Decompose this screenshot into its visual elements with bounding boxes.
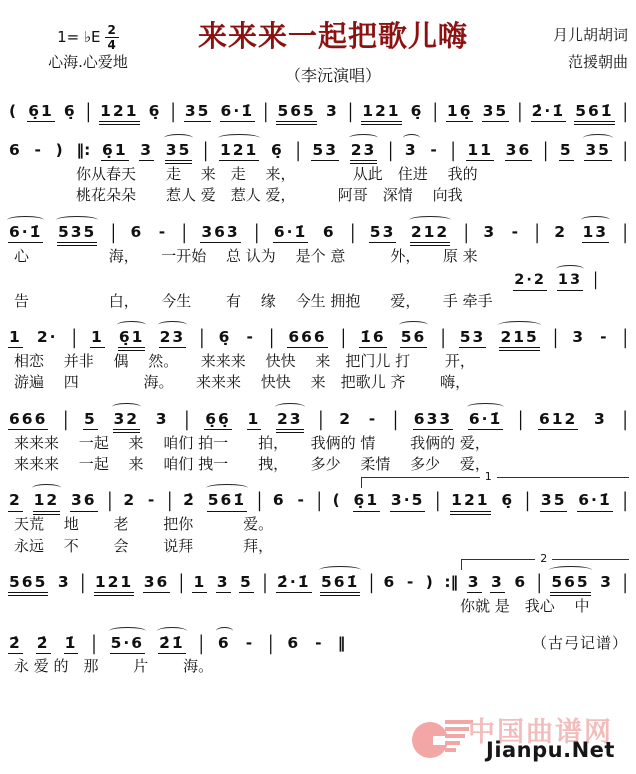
note-token: 13: [557, 271, 583, 291]
barline: |: [593, 270, 598, 290]
note-token: 6·1̇: [273, 222, 308, 243]
barline: |: [535, 220, 540, 243]
barline: |: [623, 408, 628, 431]
note-token: 23: [350, 140, 378, 164]
barline: |: [553, 326, 558, 349]
note-token: 5: [83, 409, 98, 430]
note-token: -: [245, 327, 255, 347]
note-token: 6̣: [63, 101, 78, 121]
logo-stripe: [445, 727, 469, 731]
note-token: -: [599, 327, 609, 347]
note-token: -: [245, 633, 255, 653]
barline: |: [348, 100, 353, 123]
score-system: (6̣16̣|1216̣|356·1̇|5653|1216̣|16̣35|2̇·…: [8, 101, 628, 125]
notation-line: 12·|16̣123|6̣-|666|1̇656|53215|3-|: [8, 327, 628, 351]
note-token: 6̣1: [27, 101, 55, 122]
note-token: (: [8, 101, 19, 121]
note-token: 3: [139, 140, 154, 161]
volta-label: 2: [535, 552, 552, 565]
note-token: 53: [459, 327, 487, 348]
note-token: 6: [217, 633, 232, 653]
note-token: 215: [499, 327, 539, 351]
barline: |: [171, 100, 176, 123]
barline: |: [257, 489, 262, 512]
note-token: 36: [505, 140, 533, 161]
key-time-block: 1= ♭E24 心海.心爱地: [8, 8, 168, 86]
note-token: 1: [247, 409, 262, 430]
barline: |: [369, 571, 374, 594]
note-token: -: [429, 140, 439, 160]
note-token: 6: [383, 572, 398, 592]
note-token: 121: [219, 140, 259, 161]
note-token: 3: [216, 572, 231, 593]
jianpu-logo-icon: [412, 718, 472, 770]
barline: |: [435, 489, 440, 512]
notation-line: 2̇2̇1̇|5·62̇1̇|6-|6-‖（古弓记谱）: [8, 632, 628, 656]
note-token: 3: [57, 572, 72, 592]
barline: |: [263, 100, 268, 123]
logo-stripe: [445, 748, 456, 752]
note-token: 6̣1: [101, 140, 129, 161]
barline: |: [179, 571, 184, 594]
time-signature: 24: [105, 24, 119, 51]
note-token: 2: [8, 490, 23, 511]
note-token: 2·: [36, 327, 59, 347]
composer-credit: 范援朝曲: [498, 49, 628, 76]
volta-label: 1: [480, 470, 497, 483]
note-token: 5: [559, 140, 574, 161]
note-token: 565: [276, 101, 316, 125]
note-token: 11: [466, 140, 494, 161]
note-token: 2: [122, 490, 137, 510]
watermark-site-url: Jianpu.Net: [486, 738, 615, 762]
note-token: 56: [400, 327, 428, 348]
barline: |: [518, 408, 523, 431]
note-token: 121: [361, 101, 401, 125]
notation-line: 21236|2-|2̇561̇|6-|(6̣13·5|1216̣|356·1̇|…: [8, 490, 628, 514]
score-system: 6·1̇535|6-|363|6·1̇6|53212|3-|213|心 海， 一…: [8, 222, 628, 313]
note-token: 3: [599, 572, 614, 592]
barline: |: [199, 326, 204, 349]
score: (6̣16̣|1216̣|356·1̇|5653|1216̣|16̣35|2̇·…: [8, 101, 628, 678]
barline: |: [450, 139, 455, 162]
note-token: 121: [450, 490, 490, 514]
note-token: 36: [143, 572, 171, 593]
logo-stripe: [445, 741, 460, 745]
note-token: 36: [70, 490, 98, 511]
note-token: 3: [155, 409, 170, 429]
note-token: 1̇6: [359, 327, 387, 348]
logo-stripe: [445, 734, 465, 738]
note-token: 2̇1̇: [158, 633, 186, 654]
note-token: 633: [413, 409, 453, 430]
note-token: 561̇: [320, 572, 360, 596]
note-token: 565: [8, 572, 48, 596]
barline: |: [623, 139, 628, 162]
note-token: 121: [94, 572, 134, 596]
barline: |: [107, 489, 112, 512]
song-title: 来来来一起把歌儿嗨: [168, 14, 498, 55]
note-token: 1: [8, 327, 23, 348]
lyrics-line: 游遍 四 海。 来来来 快快 来 把歌儿 齐 嗨，: [8, 372, 628, 393]
note-token: 6̣: [270, 140, 285, 160]
note-token: 3: [593, 409, 608, 429]
barline: |: [317, 489, 322, 512]
note-token: 35: [184, 101, 212, 122]
title-block: 来来来一起把歌儿嗨 （李沅演唱）: [168, 8, 498, 86]
note-token: 363: [200, 222, 240, 243]
repeat-sign: :‖: [444, 573, 458, 591]
note-token: 6̣: [500, 490, 515, 510]
note-token: 3: [571, 327, 586, 347]
barline: |: [388, 139, 393, 162]
volta-bracket: 2: [461, 559, 629, 570]
note-token: 2·2: [513, 271, 547, 291]
note-token: 2̇·1̇: [531, 101, 566, 122]
note-token: 6̣: [218, 327, 233, 347]
note-token: 612: [538, 409, 578, 430]
note-token: 2̇: [8, 633, 23, 654]
note-token: -: [406, 572, 416, 592]
barline: |: [537, 571, 542, 594]
note-token: 3: [404, 140, 419, 160]
lyrics-line: 永 爱 的 那 片 海。: [8, 656, 628, 677]
barline: |: [341, 326, 346, 349]
note-token: 5: [239, 572, 254, 593]
note-token: 1: [90, 327, 105, 348]
lyrics-line: 来来来 一起 来 咱们 拽一 拽， 多少 柔情 多少 爱，: [8, 454, 628, 475]
score-system: 21236|2-|2̇561̇|6-|(6̣13·5|1216̣|356·1̇|…: [8, 490, 628, 557]
note-token: 2̇: [182, 490, 197, 510]
note-token: 23: [159, 327, 187, 348]
notation-line: 2·213|: [8, 271, 628, 291]
barline: |: [182, 220, 187, 243]
lyrics-line: 你就 是 我心 中: [8, 596, 628, 617]
note-token: 6: [513, 572, 528, 592]
note-token: 53: [311, 140, 339, 161]
notation-method-credit: （古弓记谱）: [532, 632, 628, 653]
note-token: 35: [584, 140, 612, 161]
barline: |: [464, 220, 469, 243]
note-token: 3: [325, 101, 340, 121]
barline: |: [269, 326, 274, 349]
note-token: 6̣: [410, 101, 425, 121]
note-token: -: [147, 490, 157, 510]
note-token: 1: [192, 572, 207, 593]
score-system: 12·|16̣123|6̣-|666|1̇656|53215|3-|相恋 并非 …: [8, 327, 628, 394]
barline: |: [393, 408, 398, 431]
notation-line: 666|5323|6̣6̣123|2-|6336·1̇|6123|: [8, 409, 628, 433]
note-token: 6̣1: [353, 490, 381, 511]
note-token: 6: [129, 222, 144, 242]
time-signature-numerator: 2: [105, 24, 119, 38]
note-token: 2: [553, 222, 568, 242]
note-token: 23: [276, 409, 304, 433]
note-token: 6·1̇: [220, 101, 255, 122]
note-token: 6̣: [148, 101, 163, 121]
barline: |: [268, 632, 273, 655]
score-system: 666|5323|6̣6̣123|2-|6336·1̇|6123|来来来 一起 …: [8, 409, 628, 476]
note-token: 6̣6̣: [204, 409, 232, 430]
note-token: 13: [582, 222, 610, 243]
barline: |: [184, 408, 189, 431]
note-token: ): [55, 140, 66, 160]
barline: |: [440, 326, 445, 349]
note-token: 53: [369, 222, 397, 243]
lyrics-line: 天荒 地 老 把你 爱。: [8, 514, 628, 535]
note-token: -: [33, 140, 43, 160]
note-token: -: [314, 633, 324, 653]
note-token: 2: [338, 409, 353, 429]
note-token: 121: [99, 101, 139, 125]
barline: |: [91, 632, 96, 655]
note-token: 666: [287, 327, 327, 348]
barline: |: [623, 489, 628, 512]
note-token: 16̣: [446, 101, 474, 122]
key-signature: 1= ♭E: [57, 28, 100, 46]
note-token: 535: [57, 222, 97, 246]
watermark: 中国曲谱网 Jianpu.Net: [412, 716, 632, 772]
barline: |: [262, 571, 267, 594]
barline: |: [543, 139, 548, 162]
note-token: 3: [482, 222, 497, 242]
notation-line: 5653|12136|135|2̇·1̇561̇|6-):‖336|5653|2: [8, 572, 628, 596]
barline: |: [350, 220, 355, 243]
sheet-music-page: 1= ♭E24 心海.心爱地 来来来一起把歌儿嗨 （李沅演唱） 月儿胡胡词 范援…: [0, 0, 636, 774]
note-token: 3: [467, 572, 482, 593]
note-token: 5·6: [110, 633, 145, 654]
note-token: 2̇: [36, 633, 51, 654]
note-token: 12: [33, 490, 61, 514]
barline: |: [254, 220, 259, 243]
repeat-sign: ‖: [338, 634, 346, 652]
score-system: 6-)‖:6̣1335|1216̣|5323|3-|1136|535|你从春天 …: [8, 140, 628, 207]
lyrics-line: 相恋 并非 偶 然。 来来来 快快 来 把门儿 打 开，: [8, 351, 628, 372]
barline: |: [517, 100, 522, 123]
note-token: 565: [550, 572, 590, 596]
note-token: 32: [113, 409, 141, 433]
barline: |: [199, 632, 204, 655]
barline: |: [525, 489, 530, 512]
barline: |: [167, 489, 172, 512]
note-token: 1̇: [64, 633, 79, 654]
note-token: -: [158, 222, 168, 242]
note-token: 2̇·1̇: [276, 572, 311, 593]
barline: |: [296, 139, 301, 162]
barline: |: [111, 220, 116, 243]
note-token: 6: [8, 140, 23, 160]
barline: |: [622, 571, 627, 594]
lyrics-line: 告 白， 今生 有 缘 今生 拥抱 爱， 手 牵手: [8, 291, 628, 312]
barline: |: [623, 220, 628, 243]
note-token: 35: [482, 101, 510, 122]
note-token: 6̣1: [118, 327, 146, 351]
performer-credit: （李沅演唱）: [168, 63, 498, 86]
credits-block: 月儿胡胡词 范援朝曲: [498, 8, 628, 86]
note-token: 6: [286, 633, 301, 653]
note-token: 3·5: [390, 490, 425, 511]
note-token: ): [425, 572, 436, 592]
note-token: 561̇: [574, 101, 614, 125]
repeat-sign: ‖:: [76, 141, 90, 159]
note-token: 3: [490, 572, 505, 593]
note-token: 35: [165, 140, 193, 164]
lyrics-line: 来来来 一起 来 咱们 拍一 拍， 我俩的 情 我俩的 爱，: [8, 433, 628, 454]
logo-disc: [412, 722, 448, 758]
barline: |: [72, 326, 77, 349]
score-system: 2̇2̇1̇|5·62̇1̇|6-|6-‖（古弓记谱）永 爱 的 那 片 海。: [8, 632, 628, 677]
lyricist-credit: 月儿胡胡词: [498, 22, 628, 49]
barline: |: [80, 571, 85, 594]
lyrics-line: 心 海， 一开始 总 认为 是个 意 外， 原 来: [8, 246, 628, 267]
note-token: 6·1̇: [8, 222, 43, 243]
note-token: (: [332, 490, 343, 510]
note-token: 212: [410, 222, 450, 246]
note-token: 6·1̇: [577, 490, 612, 511]
lyrics-line: 你从春天 走 来 走 来， 从此 住进 我的: [8, 164, 628, 185]
notation-line: (6̣16̣|1216̣|356·1̇|5653|1216̣|16̣35|2̇·…: [8, 101, 628, 125]
barline: |: [203, 139, 208, 162]
style-text: 心海.心爱地: [8, 51, 168, 74]
barline: |: [86, 100, 91, 123]
note-token: 6·1̇: [468, 409, 503, 430]
barline: |: [318, 408, 323, 431]
notation-line: 6·1̇535|6-|363|6·1̇6|53212|3-|213|: [8, 222, 628, 246]
lyrics-line: 桃花朵朵 惹人 爱 惹人 爱， 阿哥 深情 向我: [8, 185, 628, 206]
barline: |: [623, 326, 628, 349]
note-token: -: [368, 409, 378, 429]
score-system: 5653|12136|135|2̇·1̇561̇|6-):‖336|5653|2…: [8, 572, 628, 617]
note-token: 666: [8, 409, 48, 430]
barline: |: [63, 408, 68, 431]
barline: |: [433, 100, 438, 123]
time-signature-denominator: 4: [105, 38, 119, 51]
header: 1= ♭E24 心海.心爱地 来来来一起把歌儿嗨 （李沅演唱） 月儿胡胡词 范援…: [8, 8, 628, 86]
note-token: 6: [322, 222, 337, 242]
key-signature-row: 1= ♭E24: [8, 24, 168, 51]
note-token: -: [511, 222, 521, 242]
notation-line: 6-)‖:6̣1335|1216̣|5323|3-|1136|535|: [8, 140, 628, 164]
note-token: -: [296, 490, 306, 510]
note-token: 6: [272, 490, 287, 510]
barline: |: [623, 100, 628, 123]
note-token: 561̇: [207, 490, 247, 511]
note-token: 35: [540, 490, 568, 511]
volta-bracket: 1: [361, 477, 629, 488]
